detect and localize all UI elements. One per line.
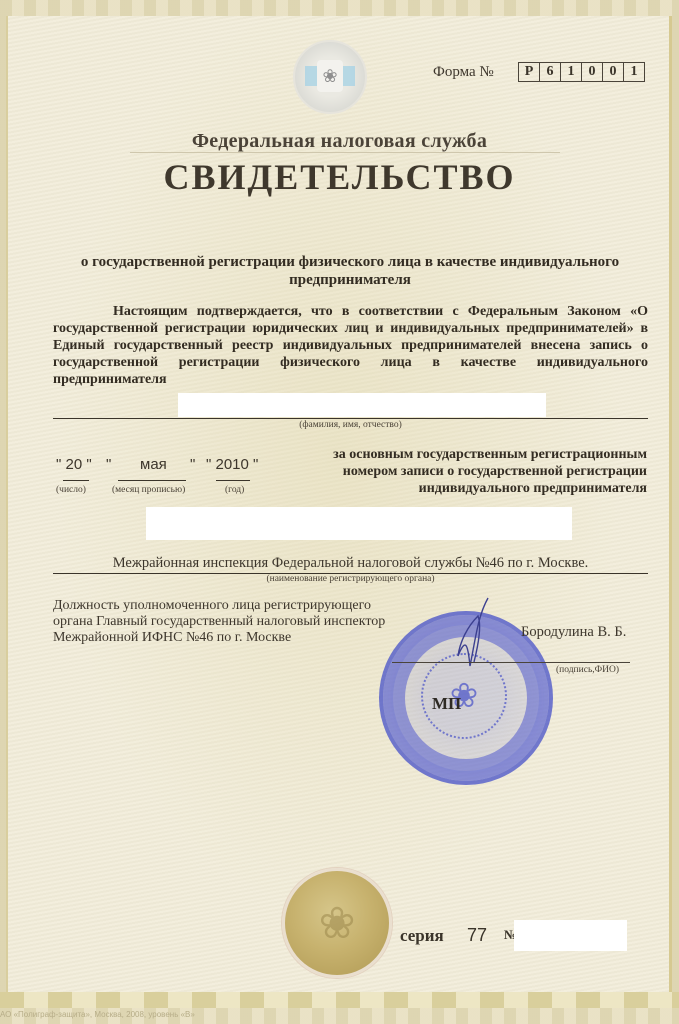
guilloche-border-bottom <box>0 992 679 1008</box>
registering-authority: Межрайонная инспекция Федеральной налого… <box>53 555 648 572</box>
seal-eagle-icon: ❀ <box>319 898 356 949</box>
certification-text: Настоящим подтверждается, что в соответс… <box>53 303 648 388</box>
month-underline <box>118 480 186 481</box>
fio-caption: (фамилия, имя, отчество) <box>53 420 648 430</box>
date-day: " 20 " <box>56 456 92 473</box>
form-number-boxes: Р 6 1 0 0 1 <box>518 62 645 82</box>
form-code-char: 1 <box>561 63 582 81</box>
signer-name: Бородулина В. Б. <box>521 624 626 641</box>
ogrnip-value-redacted <box>146 507 572 540</box>
form-code-char: 1 <box>624 63 644 81</box>
certificate-number-redacted <box>514 920 627 951</box>
form-code-char: 0 <box>582 63 603 81</box>
date-close-quote: " <box>190 456 195 473</box>
agency-name: Федеральная налоговая служба <box>0 130 679 153</box>
day-underline <box>63 480 89 481</box>
form-code-char: 6 <box>540 63 561 81</box>
date-open-quote: " <box>106 456 111 473</box>
authority-caption: (наименование регистрирующего органа) <box>53 574 648 584</box>
date-month: мая <box>140 456 167 473</box>
series-label: серия <box>400 926 444 946</box>
form-code-char: Р <box>519 63 540 81</box>
agency-divider <box>130 152 560 153</box>
fns-emblem-hologram: ❀ <box>293 40 367 114</box>
official-position: Должность уполномоченного лица регистрир… <box>53 598 393 646</box>
fio-underline <box>53 418 648 419</box>
stamp-place-mark: МП <box>432 694 461 714</box>
fio-value-redacted <box>178 393 546 417</box>
series-value: 77 <box>467 925 487 946</box>
month-caption: (месяц прописью) <box>112 485 185 495</box>
signature <box>448 596 498 676</box>
form-number-label: Форма № <box>433 64 494 81</box>
year-underline <box>216 480 250 481</box>
gold-seal: ❀ <box>282 868 392 978</box>
signature-underline <box>392 662 630 663</box>
printer-imprint: АО «Полиграф-защита», Москва, 2008, уров… <box>0 1010 195 1019</box>
signature-caption: (подпись,ФИО) <box>556 665 619 675</box>
day-caption: (число) <box>56 485 86 495</box>
date-year: " 2010 " <box>206 456 258 473</box>
form-code-char: 0 <box>603 63 624 81</box>
document-title: СВИДЕТЕЛЬСТВО <box>0 156 679 198</box>
document-subtitle: о государственной регистрации физическог… <box>60 253 640 289</box>
year-caption: (год) <box>225 485 244 495</box>
coat-of-arms-icon: ❀ <box>317 60 343 92</box>
registration-number-text: за основным государственным регистрацион… <box>305 446 647 497</box>
